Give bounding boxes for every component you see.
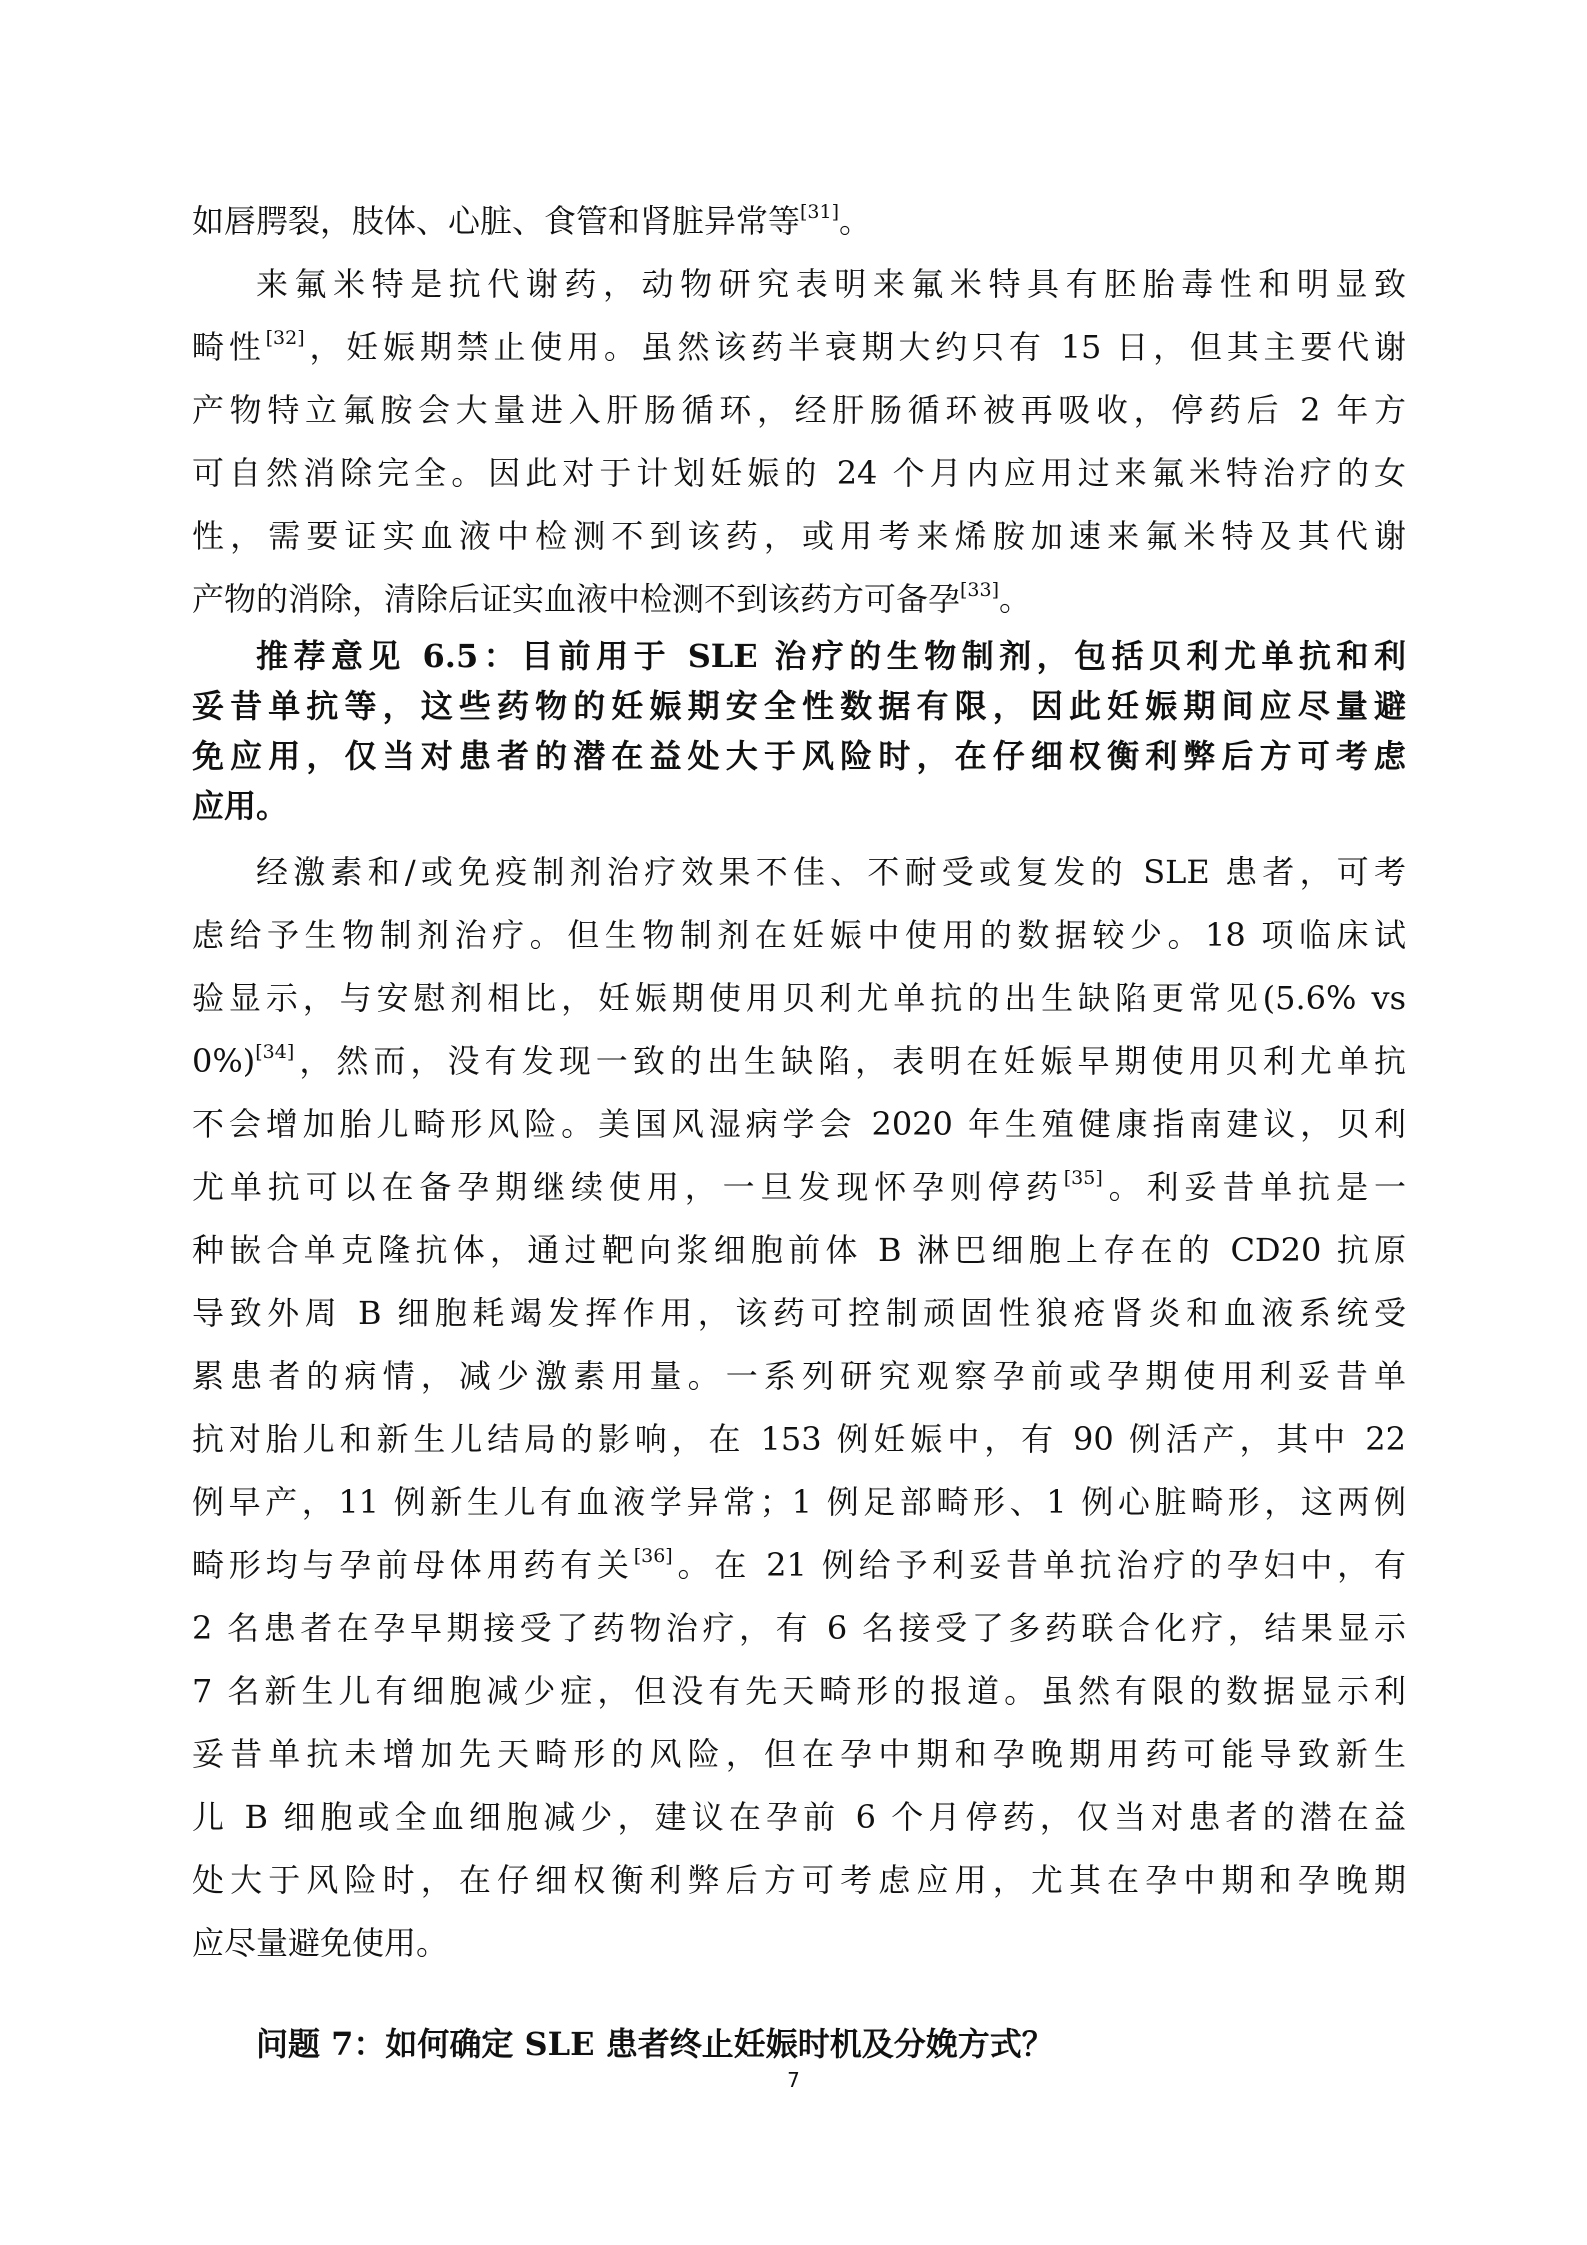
text-line: 虑给予生物制剂治疗。但生物制剂在妊娠中使用的数据较少。18 项临床试 [192, 904, 1406, 967]
text-line: 如唇腭裂，肢体、心脏、食管和肾脏异常等[31]。 [192, 190, 1406, 253]
citation-ref: [31] [800, 201, 839, 223]
line-tail: ，妊娠期禁止使用。虽然该药半衰期大约只有 15 日，但其主要代谢 [305, 328, 1406, 366]
line-text: 经激素和/或免疫制剂治疗效果不佳、不耐受或复发的 SLE 患者，可考 [256, 853, 1406, 891]
line-text: 累患者的病情，减少激素用量。一系列研究观察孕前或孕期使用利妥昔单 [192, 1357, 1406, 1395]
paragraph-biologics: 经激素和/或免疫制剂治疗效果不佳、不耐受或复发的 SLE 患者，可考 虑给予生物… [192, 841, 1406, 1975]
citation-ref: [32] [266, 327, 305, 349]
line-text: 应用。 [192, 787, 288, 825]
text-line: 儿 B 细胞或全血细胞减少，建议在孕前 6 个月停药，仅当对患者的潜在益 [192, 1786, 1406, 1849]
line-text: 应尽量避免使用。 [192, 1924, 448, 1962]
text-line: 应用。 [192, 781, 1406, 831]
section-spacer [192, 1975, 1406, 2013]
text-line: 累患者的病情，减少激素用量。一系列研究观察孕前或孕期使用利妥昔单 [192, 1345, 1406, 1408]
line-text: 如唇腭裂，肢体、心脏、食管和肾脏异常等 [192, 202, 800, 240]
citation-ref: [33] [960, 579, 999, 601]
text-line: 2 名患者在孕早期接受了药物治疗，有 6 名接受了多药联合化疗，结果显示 [192, 1597, 1406, 1660]
line-tail: 。在 21 例给予利妥昔单抗治疗的孕妇中，有 [673, 1546, 1406, 1584]
text-line: 7 名新生儿有细胞减少症，但没有先天畸形的报道。虽然有限的数据显示利 [192, 1660, 1406, 1723]
line-text: 免应用，仅当对患者的潜在益处大于风险时，在仔细权衡利弊后方可考虑 [192, 737, 1406, 775]
line-text: 产物特立氟胺会大量进入肝肠循环，经肝肠循环被再吸收，停药后 2 年方 [192, 391, 1406, 429]
line-text: 性，需要证实血液中检测不到该药，或用考来烯胺加速来氟米特及其代谢 [192, 517, 1406, 555]
text-line: 抗对胎儿和新生儿结局的影响，在 153 例妊娠中，有 90 例活产，其中 22 [192, 1408, 1406, 1471]
document-body: 如唇腭裂，肢体、心脏、食管和肾脏异常等[31]。 来氟米特是抗代谢药，动物研究表… [192, 190, 1406, 2076]
line-tail: 。 [999, 580, 1031, 618]
text-line: 产物的消除，清除后证实血液中检测不到该药方可备孕[33]。 [192, 568, 1406, 631]
line-text: 畸形均与孕前母体用药有关 [192, 1546, 634, 1584]
text-line: 来氟米特是抗代谢药，动物研究表明来氟米特具有胚胎毒性和明显致 [192, 253, 1406, 316]
text-line: 0%)[34]，然而，没有发现一致的出生缺陷，表明在妊娠早期使用贝利尤单抗 [192, 1030, 1406, 1093]
section-heading-question-7: 问题 7：如何确定 SLE 患者终止妊娠时机及分娩方式？ [192, 2013, 1406, 2076]
text-line: 经激素和/或免疫制剂治疗效果不佳、不耐受或复发的 SLE 患者，可考 [192, 841, 1406, 904]
line-text: 儿 B 细胞或全血细胞减少，建议在孕前 6 个月停药，仅当对患者的潜在益 [192, 1798, 1406, 1836]
line-text: 0%) [192, 1042, 255, 1080]
line-text: 导致外周 B 细胞耗竭发挥作用，该药可控制顽固性狼疮肾炎和血液系统受 [192, 1294, 1406, 1332]
text-line: 尤单抗可以在备孕期继续使用，一旦发现怀孕则停药[35]。利妥昔单抗是一 [192, 1156, 1406, 1219]
text-line: 畸性[32]，妊娠期禁止使用。虽然该药半衰期大约只有 15 日，但其主要代谢 [192, 316, 1406, 379]
text-line: 可自然消除完全。因此对于计划妊娠的 24 个月内应用过来氟米特治疗的女 [192, 442, 1406, 505]
citation-ref: [34] [255, 1041, 294, 1063]
line-text: 妥昔单抗等，这些药物的妊娠期安全性数据有限，因此妊娠期间应尽量避 [192, 687, 1406, 725]
line-text: 种嵌合单克隆抗体，通过靶向浆细胞前体 B 淋巴细胞上存在的 CD20 抗原 [192, 1231, 1406, 1269]
line-text: 虑给予生物制剂治疗。但生物制剂在妊娠中使用的数据较少。18 项临床试 [192, 916, 1406, 954]
line-text: 尤单抗可以在备孕期继续使用，一旦发现怀孕则停药 [192, 1168, 1064, 1206]
line-text: 可自然消除完全。因此对于计划妊娠的 24 个月内应用过来氟米特治疗的女 [192, 454, 1406, 492]
line-text: 例早产，11 例新生儿有血液学异常；1 例足部畸形、1 例心脏畸形，这两例 [192, 1483, 1406, 1521]
line-text: 2 名患者在孕早期接受了药物治疗，有 6 名接受了多药联合化疗，结果显示 [192, 1609, 1406, 1647]
citation-ref: [35] [1064, 1167, 1103, 1189]
line-text: 产物的消除，清除后证实血液中检测不到该药方可备孕 [192, 580, 960, 618]
line-tail: 。 [839, 202, 871, 240]
line-tail: ，然而，没有发现一致的出生缺陷，表明在妊娠早期使用贝利尤单抗 [294, 1042, 1406, 1080]
line-text: 验显示，与安慰剂相比，妊娠期使用贝利尤单抗的出生缺陷更常见(5.6% vs [192, 979, 1406, 1017]
line-text: 妥昔单抗未增加先天畸形的风险，但在孕中期和孕晚期用药可能导致新生 [192, 1735, 1406, 1773]
text-line: 处大于风险时，在仔细权衡利弊后方可考虑应用，尤其在孕中期和孕晚期 [192, 1849, 1406, 1912]
text-line: 验显示，与安慰剂相比，妊娠期使用贝利尤单抗的出生缺陷更常见(5.6% vs [192, 967, 1406, 1030]
line-tail: 。利妥昔单抗是一 [1103, 1168, 1406, 1206]
line-text: 不会增加胎儿畸形风险。美国风湿病学会 2020 年生殖健康指南建议，贝利 [192, 1105, 1406, 1143]
line-text: 处大于风险时，在仔细权衡利弊后方可考虑应用，尤其在孕中期和孕晚期 [192, 1861, 1406, 1899]
line-text: 抗对胎儿和新生儿结局的影响，在 153 例妊娠中，有 90 例活产，其中 22 [192, 1420, 1406, 1458]
text-line: 导致外周 B 细胞耗竭发挥作用，该药可控制顽固性狼疮肾炎和血液系统受 [192, 1282, 1406, 1345]
paragraph-leflunomide: 来氟米特是抗代谢药，动物研究表明来氟米特具有胚胎毒性和明显致 畸性[32]，妊娠… [192, 253, 1406, 631]
text-line: 种嵌合单克隆抗体，通过靶向浆细胞前体 B 淋巴细胞上存在的 CD20 抗原 [192, 1219, 1406, 1282]
text-line: 畸形均与孕前母体用药有关[36]。在 21 例给予利妥昔单抗治疗的孕妇中，有 [192, 1534, 1406, 1597]
text-line: 不会增加胎儿畸形风险。美国风湿病学会 2020 年生殖健康指南建议，贝利 [192, 1093, 1406, 1156]
text-line: 应尽量避免使用。 [192, 1912, 1406, 1975]
recommendation-6-5: 推荐意见 6.5：目前用于 SLE 治疗的生物制剂，包括贝利尤单抗和利 妥昔单抗… [192, 631, 1406, 831]
text-line: 推荐意见 6.5：目前用于 SLE 治疗的生物制剂，包括贝利尤单抗和利 [192, 631, 1406, 681]
text-line: 性，需要证实血液中检测不到该药，或用考来烯胺加速来氟米特及其代谢 [192, 505, 1406, 568]
text-line: 妥昔单抗等，这些药物的妊娠期安全性数据有限，因此妊娠期间应尽量避 [192, 681, 1406, 731]
line-text: 7 名新生儿有细胞减少症，但没有先天畸形的报道。虽然有限的数据显示利 [192, 1672, 1406, 1710]
paragraph-continuation: 如唇腭裂，肢体、心脏、食管和肾脏异常等[31]。 [192, 190, 1406, 253]
text-line: 产物特立氟胺会大量进入肝肠循环，经肝肠循环被再吸收，停药后 2 年方 [192, 379, 1406, 442]
text-line: 免应用，仅当对患者的潜在益处大于风险时，在仔细权衡利弊后方可考虑 [192, 731, 1406, 781]
page-number: 7 [0, 2068, 1587, 2092]
citation-ref: [36] [634, 1545, 673, 1567]
line-text: 来氟米特是抗代谢药，动物研究表明来氟米特具有胚胎毒性和明显致 [256, 265, 1406, 303]
line-text: 推荐意见 6.5：目前用于 SLE 治疗的生物制剂，包括贝利尤单抗和利 [256, 637, 1406, 675]
text-line: 例早产，11 例新生儿有血液学异常；1 例足部畸形、1 例心脏畸形，这两例 [192, 1471, 1406, 1534]
text-line: 妥昔单抗未增加先天畸形的风险，但在孕中期和孕晚期用药可能导致新生 [192, 1723, 1406, 1786]
line-text: 畸性 [192, 328, 266, 366]
